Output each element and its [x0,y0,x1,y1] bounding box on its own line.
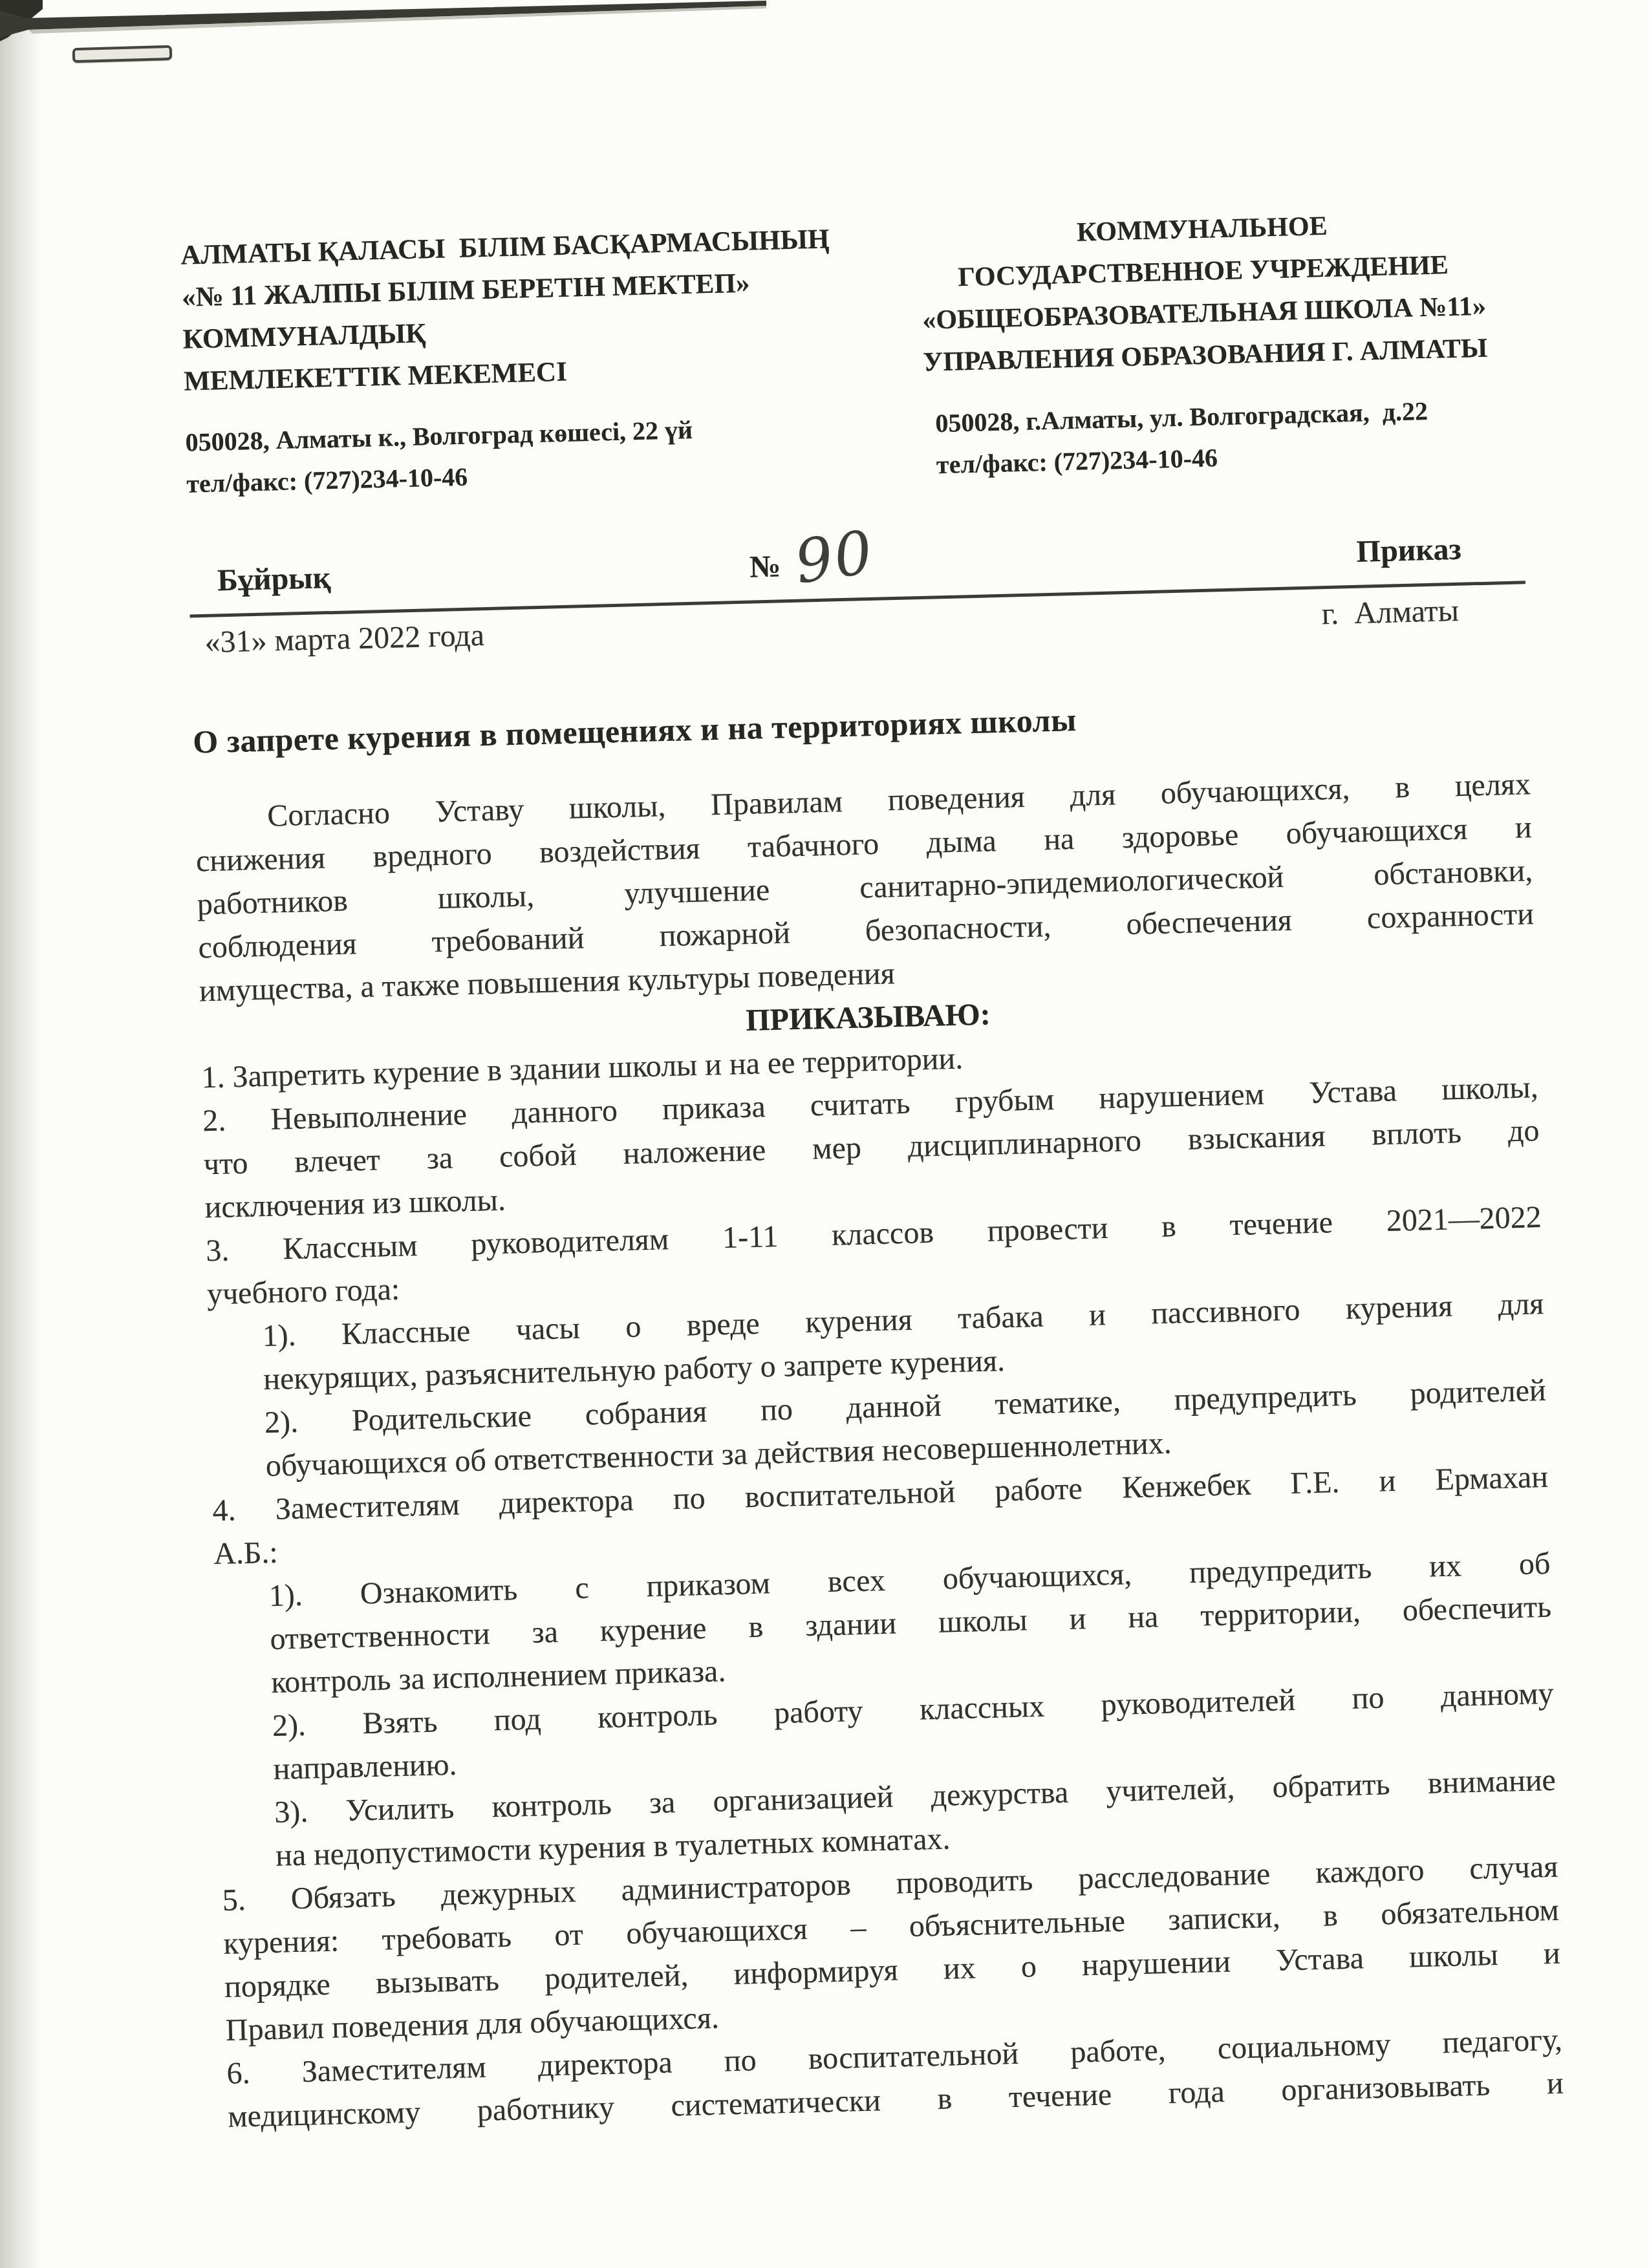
scan-corner-shadow-icon [0,0,1649,65]
order-body: Согласно Уставу школы, Правилам поведени… [195,762,1564,2139]
address-kazakh: 050028, Алматы к., Волгоград көшесі, 22 … [185,404,890,504]
order-city: г. Алматы [1321,589,1527,634]
order-date: «31» марта 2022 года [190,615,485,663]
scanned-document-page: АЛМАТЫ ҚАЛАСЫ БІЛІМ БАСҚАРМАСЫНЫҢ «№ 11 … [0,0,1649,2268]
letterhead: АЛМАТЫ ҚАЛАСЫ БІЛІМ БАСҚАРМАСЫНЫҢ «№ 11 … [180,200,1520,402]
order-label-kazakh: Бұйрық [188,550,634,601]
address-russian: 050028, г.Алматы, ул. Волгоградская, д.2… [935,390,1430,486]
number-sign: № [749,549,782,584]
letterhead-addresses: 050028, Алматы к., Волгоград көшесі, 22 … [185,388,1523,504]
org-name-kazakh: АЛМАТЫ ҚАЛАСЫ БІЛІМ БАСҚАРМАСЫНЫҢ «№ 11 … [180,217,888,402]
staple-icon [72,45,173,63]
page-edge-shadow [0,0,41,2268]
order-label-russian: Приказ [1356,528,1525,572]
document-content: АЛМАТЫ ҚАЛАСЫ БІЛІМ БАСҚАРМАСЫНЫҢ «№ 11 … [180,200,1564,2138]
handwritten-order-number: 90 [792,532,876,583]
org-name-russian: КОММУНАЛЬНОЕ ГОСУДАРСТВЕННОЕ УЧРЕЖДЕНИЕ … [883,200,1520,385]
order-title: О запрете курения в помещениях и на терр… [193,689,1529,761]
order-number: №90 [749,534,874,588]
